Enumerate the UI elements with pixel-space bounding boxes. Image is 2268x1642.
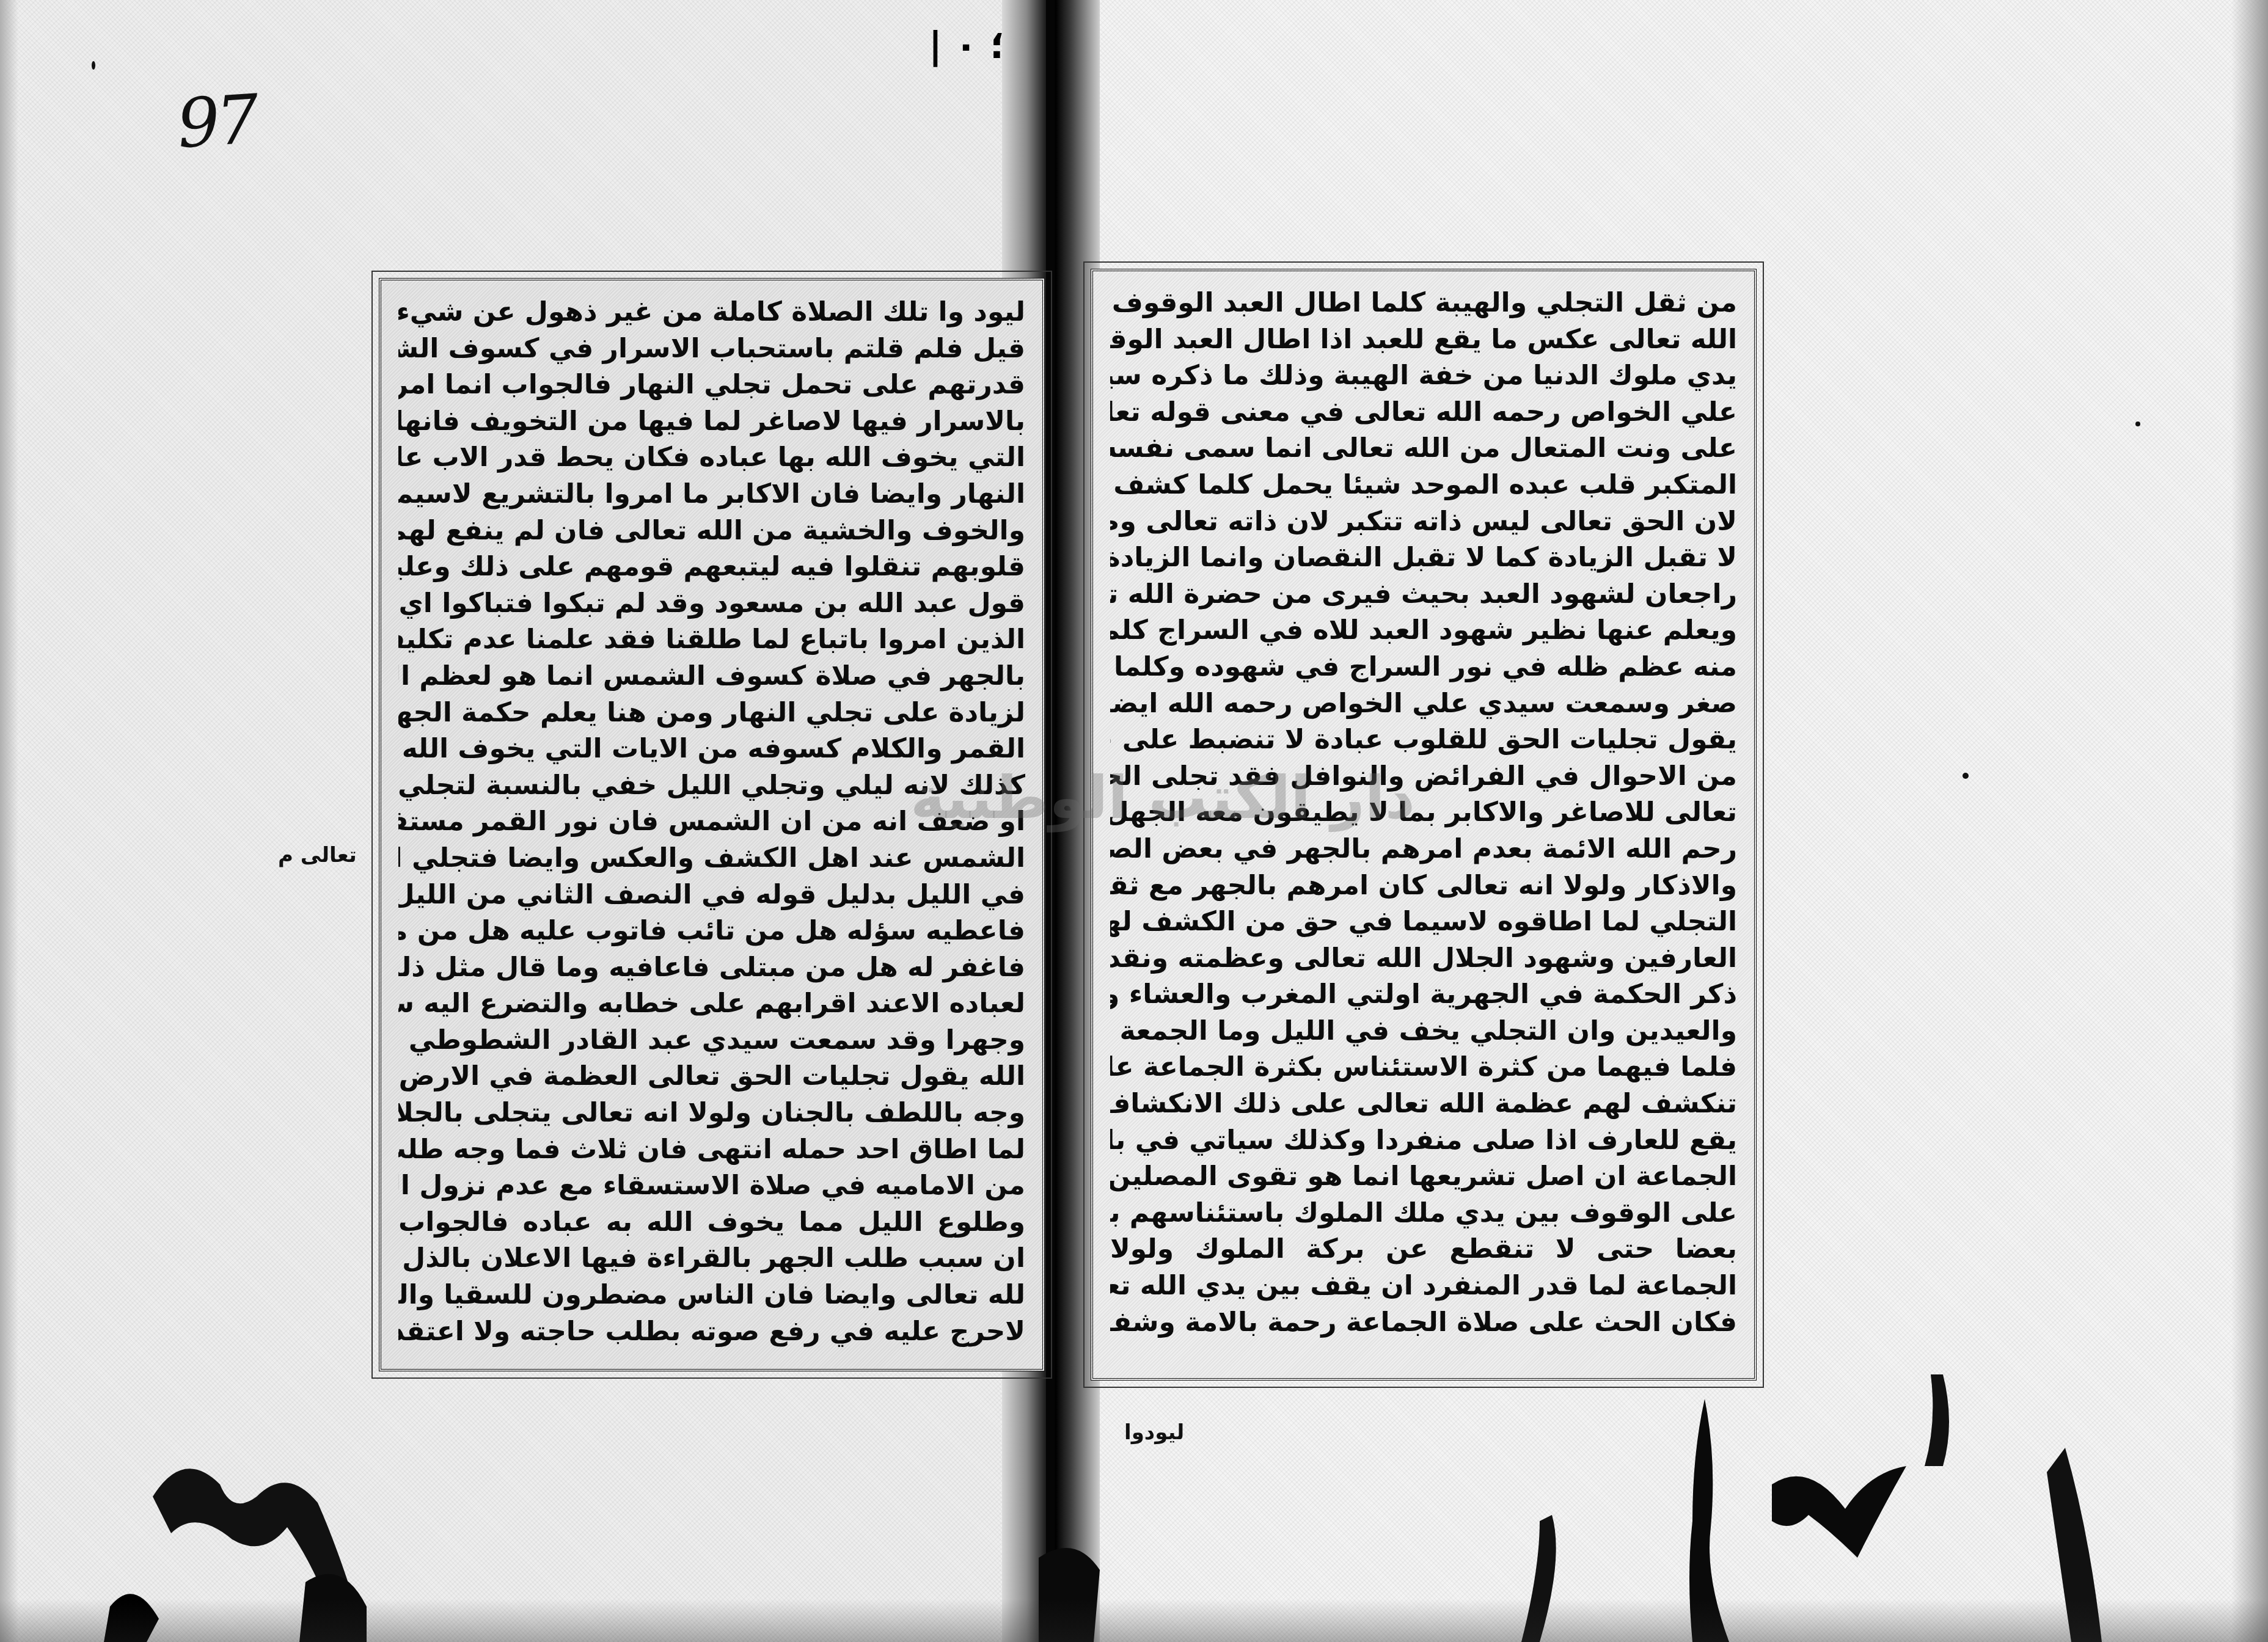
left-text-frame: ليود وا تلك الصلاة كاملة من غير ذهول عن … <box>379 278 1045 1371</box>
right-line: صغر وسمعت سيدي علي الخواص رحمه الله ايضا <box>1110 685 1737 722</box>
ink-speck <box>92 61 95 70</box>
left-line: فاعطيه سؤله هل من تائب فاتوب عليه هل من … <box>398 913 1025 949</box>
left-line: قدرتهم على تحمل تجلي النهار فالجواب انما… <box>398 367 1025 403</box>
ink-speck <box>2135 421 2140 426</box>
left-line: لزيادة على تجلي النهار ومن هنا يعلم حكمة… <box>398 695 1025 731</box>
right-line: ويعلم عنها نظير شهود العبد للاه في السرا… <box>1110 612 1737 649</box>
right-line: يقع للعارف اذا صلى منفردا وكذلك سياتي في… <box>1110 1122 1737 1159</box>
right-line: فلما فيهما من كثرة الاستئناس بكثرة الجما… <box>1110 1049 1737 1086</box>
right-text-frame: من ثقل التجلي والهيبة كلما اطال العبد ال… <box>1091 269 1757 1381</box>
right-line: منه عظم ظله في نور السراج في شهوده وكلما… <box>1110 649 1737 685</box>
left-line: القمر والكلام كسوفه من الايات التي يخوف … <box>398 731 1025 767</box>
left-line: لاحرج عليه في رفع صوته بطلب حاجته ولا اع… <box>398 1313 1025 1350</box>
right-line: الجماعة ان اصل تشريعها انما هو تقوى المص… <box>1110 1158 1737 1195</box>
right-line: والعيدين وان التجلي يخف في الليل وما الج… <box>1110 1013 1737 1049</box>
right-line: على ونت المتعال من الله تعالى انما سمى ن… <box>1110 430 1737 467</box>
left-line: من الاماميه في صلاة الاستسقاء مع عدم نزو… <box>398 1167 1025 1204</box>
left-line: الشمس عند اهل الكشف والعكس وايضا فتجلي ا… <box>398 840 1025 877</box>
left-line: لما اطاق احد حمله انتهى فان ثلاث فما وجه… <box>398 1131 1025 1168</box>
left-line: والخوف والخشية من الله تعالى فان لم ينفع… <box>398 513 1025 549</box>
left-line: وجه باللطف بالجنان ولولا انه تعالى يتجلى… <box>398 1095 1025 1131</box>
left-line: وجهرا وقد سمعت سيدي عبد القادر الشطوطي ر… <box>398 1022 1025 1059</box>
left-line: وطلوع الليل مما يخوف الله به عباده فالجو… <box>398 1204 1025 1241</box>
left-line: قول عبد الله بن مسعود وقد لم تبكوا فتباك… <box>398 585 1025 622</box>
right-line: المتكبر قلب عبده الموحد شيئا يحمل كلما ك… <box>1110 467 1737 503</box>
left-line: في الليل بدليل قوله في النصف الثاني من ا… <box>398 877 1025 913</box>
left-line: بالاسرار فيها لاصاغر لما فيها من التخويف… <box>398 403 1025 440</box>
margin-note: تعالى م <box>278 843 357 867</box>
right-line: تنكشف لهم عظمة الله تعالى على ذلك الانكش… <box>1110 1086 1737 1122</box>
left-line: الله يقول تجليات الحق تعالى العظمة في ال… <box>398 1058 1025 1095</box>
right-line: من ثقل التجلي والهيبة كلما اطال العبد ال… <box>1110 285 1737 321</box>
left-line: كذلك لانه ليلي وتجلي الليل خفي بالنسبة ل… <box>398 767 1025 804</box>
left-line: ان سبب طلب الجهر بالقراءة فيها الاعلان ب… <box>398 1240 1025 1277</box>
left-line: الذين امروا باتباع لما طلقنا فقد علمنا ع… <box>398 621 1025 658</box>
left-line: قلوبهم تنقلوا فيه ليتبعهم قومهم على ذلك … <box>398 549 1025 585</box>
right-line: والاذكار ولولا انه تعالى كان امرهم بالجه… <box>1110 867 1737 904</box>
right-line: الجماعة لما قدر المنفرد ان يقف بين يدي ا… <box>1110 1268 1737 1304</box>
left-line: التي يخوف الله بها عباده فكان يحط قدر ال… <box>398 439 1025 476</box>
right-line: العارفين وشهود الجلال الله تعالى وعظمته … <box>1110 940 1737 977</box>
right-line: بعضا حتى لا تنقطع عن بركة الملوك ولولا <box>1110 1231 1737 1268</box>
right-line: على الوقوف بين يدي ملك الملوك باستئناسهم… <box>1110 1195 1737 1231</box>
left-line: لله تعالى وايضا فان الناس مضطرون للسقيا … <box>398 1277 1025 1313</box>
left-line: النهار وايضا فان الاكابر ما امروا بالتشر… <box>398 476 1025 513</box>
right-line: يقول تجليات الحق للقلوب عبادة لا تنضبط ع… <box>1110 721 1737 758</box>
right-line: الله تعالى عكس ما يقع للعبد اذا اطال الع… <box>1110 321 1737 358</box>
left-line: لعباده الاعند اقرابهم على خطابه والتضرع … <box>398 985 1025 1022</box>
right-line: يدي ملوك الدنيا من خفة الهيبة وذلك ما ذك… <box>1110 357 1737 394</box>
folio-number: 97 <box>175 80 258 164</box>
left-line: ليود وا تلك الصلاة كاملة من غير ذهول عن … <box>398 294 1025 330</box>
right-line: ذكر الحكمة في الجهرية اولتي المغرب والعش… <box>1110 976 1737 1013</box>
right-line: لا تقبل الزيادة كما لا تقبل النقصان وانم… <box>1110 539 1737 576</box>
right-line: تعالى للاصاغر والاكابر بما لا يطيقون معه… <box>1110 794 1737 831</box>
top-ink-marks: | ؛ ٠ <box>929 24 1004 67</box>
left-line: او ضعف انه من ان الشمس فان نور القمر مست… <box>398 803 1025 840</box>
right-line: علي الخواص رحمه الله تعالى في معنى قوله … <box>1110 394 1737 431</box>
left-line: فاغفر له هل من مبتلى فاعافيه وما قال مثل… <box>398 949 1025 986</box>
right-line: التجلي لما اطاقوه لاسيما في حق من الكشف … <box>1110 903 1737 940</box>
right-line: فكان الحث على صلاة الجماعة رحمة بالامة و… <box>1110 1304 1737 1341</box>
right-line: رحم الله الائمة بعدم امرهم بالجهر في بعض… <box>1110 831 1737 867</box>
right-line: لان الحق تعالى ليس ذاته تتكبر لان ذاته ت… <box>1110 503 1737 540</box>
bottom-edge-shadow <box>0 1599 2268 1642</box>
left-line: بالجهر في صلاة كسوف الشمس انما هو لعظم ا… <box>398 658 1025 695</box>
right-line: من الاحوال في الفرائض والنوافل فقد تجلى … <box>1110 758 1737 795</box>
left-line: قيل فلم قلتم باستحباب الاسرار في كسوف ال… <box>398 330 1025 367</box>
right-line: راجعان لشهود العبد بحيث فيرى من حضرة الل… <box>1110 576 1737 613</box>
ink-speck <box>1963 773 1969 779</box>
